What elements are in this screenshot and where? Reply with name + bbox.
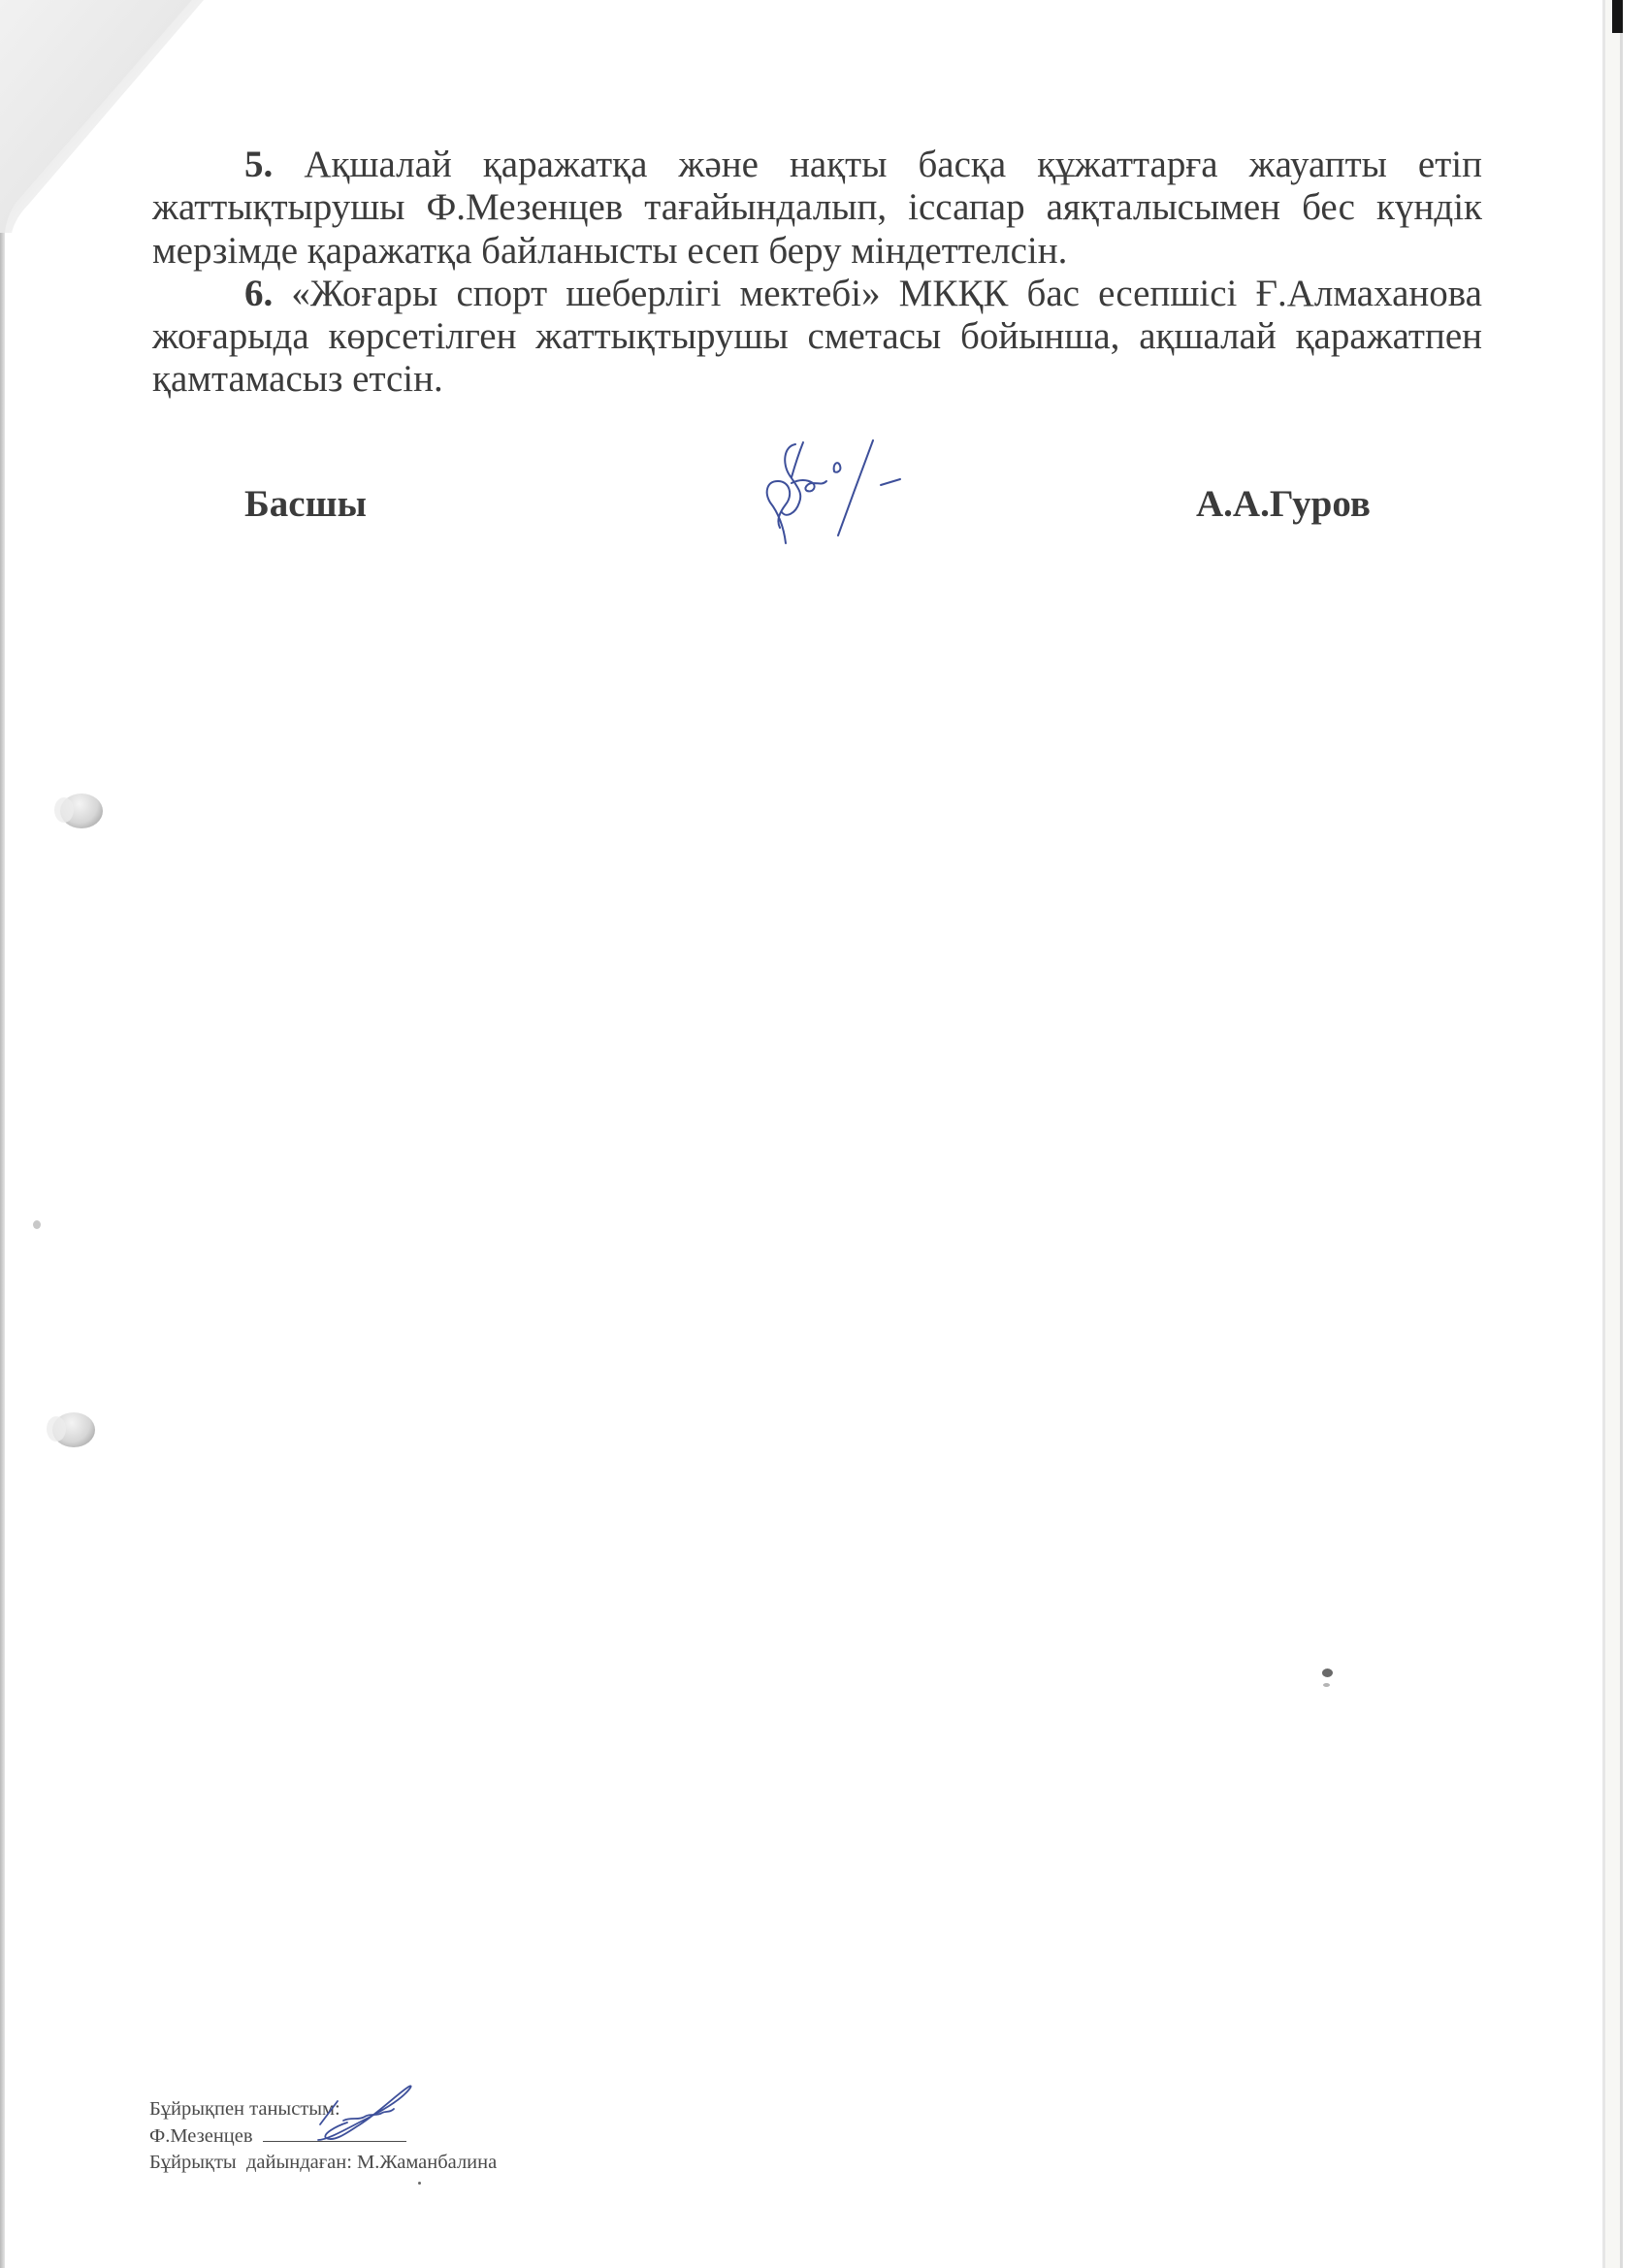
clause-text: Ақшалай қаражатқа және нақты басқа құжат… [152,144,1482,272]
scan-speck [418,2182,421,2185]
scan-black-mark [1612,0,1623,33]
punch-hole [60,794,103,828]
ink-speck [1322,1669,1333,1677]
scan-left-edge [0,0,5,2268]
footer-signature-icon [308,2084,420,2144]
clause-text: «Жоғары спорт шеберлігі мектебі» МКҚК ба… [152,273,1482,401]
scan-right-band [1605,0,1620,2268]
prepared-by: Бұйрықты дайындаған: М.Жаманбалина [149,2150,497,2177]
document-body: 5. Ақшалай қаражатқа және нақты басқа құ… [152,144,1482,402]
signatory-name: А.А.Гуров [1196,482,1371,526]
punch-hole [52,1412,95,1447]
clause-5: 5. Ақшалай қаражатқа және нақты басқа құ… [152,144,1482,273]
clause-number: 5. [244,144,273,185]
ink-speck [1323,1683,1330,1687]
clause-number: 6. [244,273,273,314]
scan-right-edge-outer [1620,0,1623,2268]
signatory-title: Басшы [244,482,367,526]
scan-speck [33,1220,41,1229]
handwritten-signature-icon [757,435,941,546]
clause-6: 6. «Жоғары спорт шеберлігі мектебі» МКҚК… [152,273,1482,402]
scan-right-edge [1602,0,1605,2268]
acquainted-name: Ф.Мезенцев [149,2125,253,2147]
